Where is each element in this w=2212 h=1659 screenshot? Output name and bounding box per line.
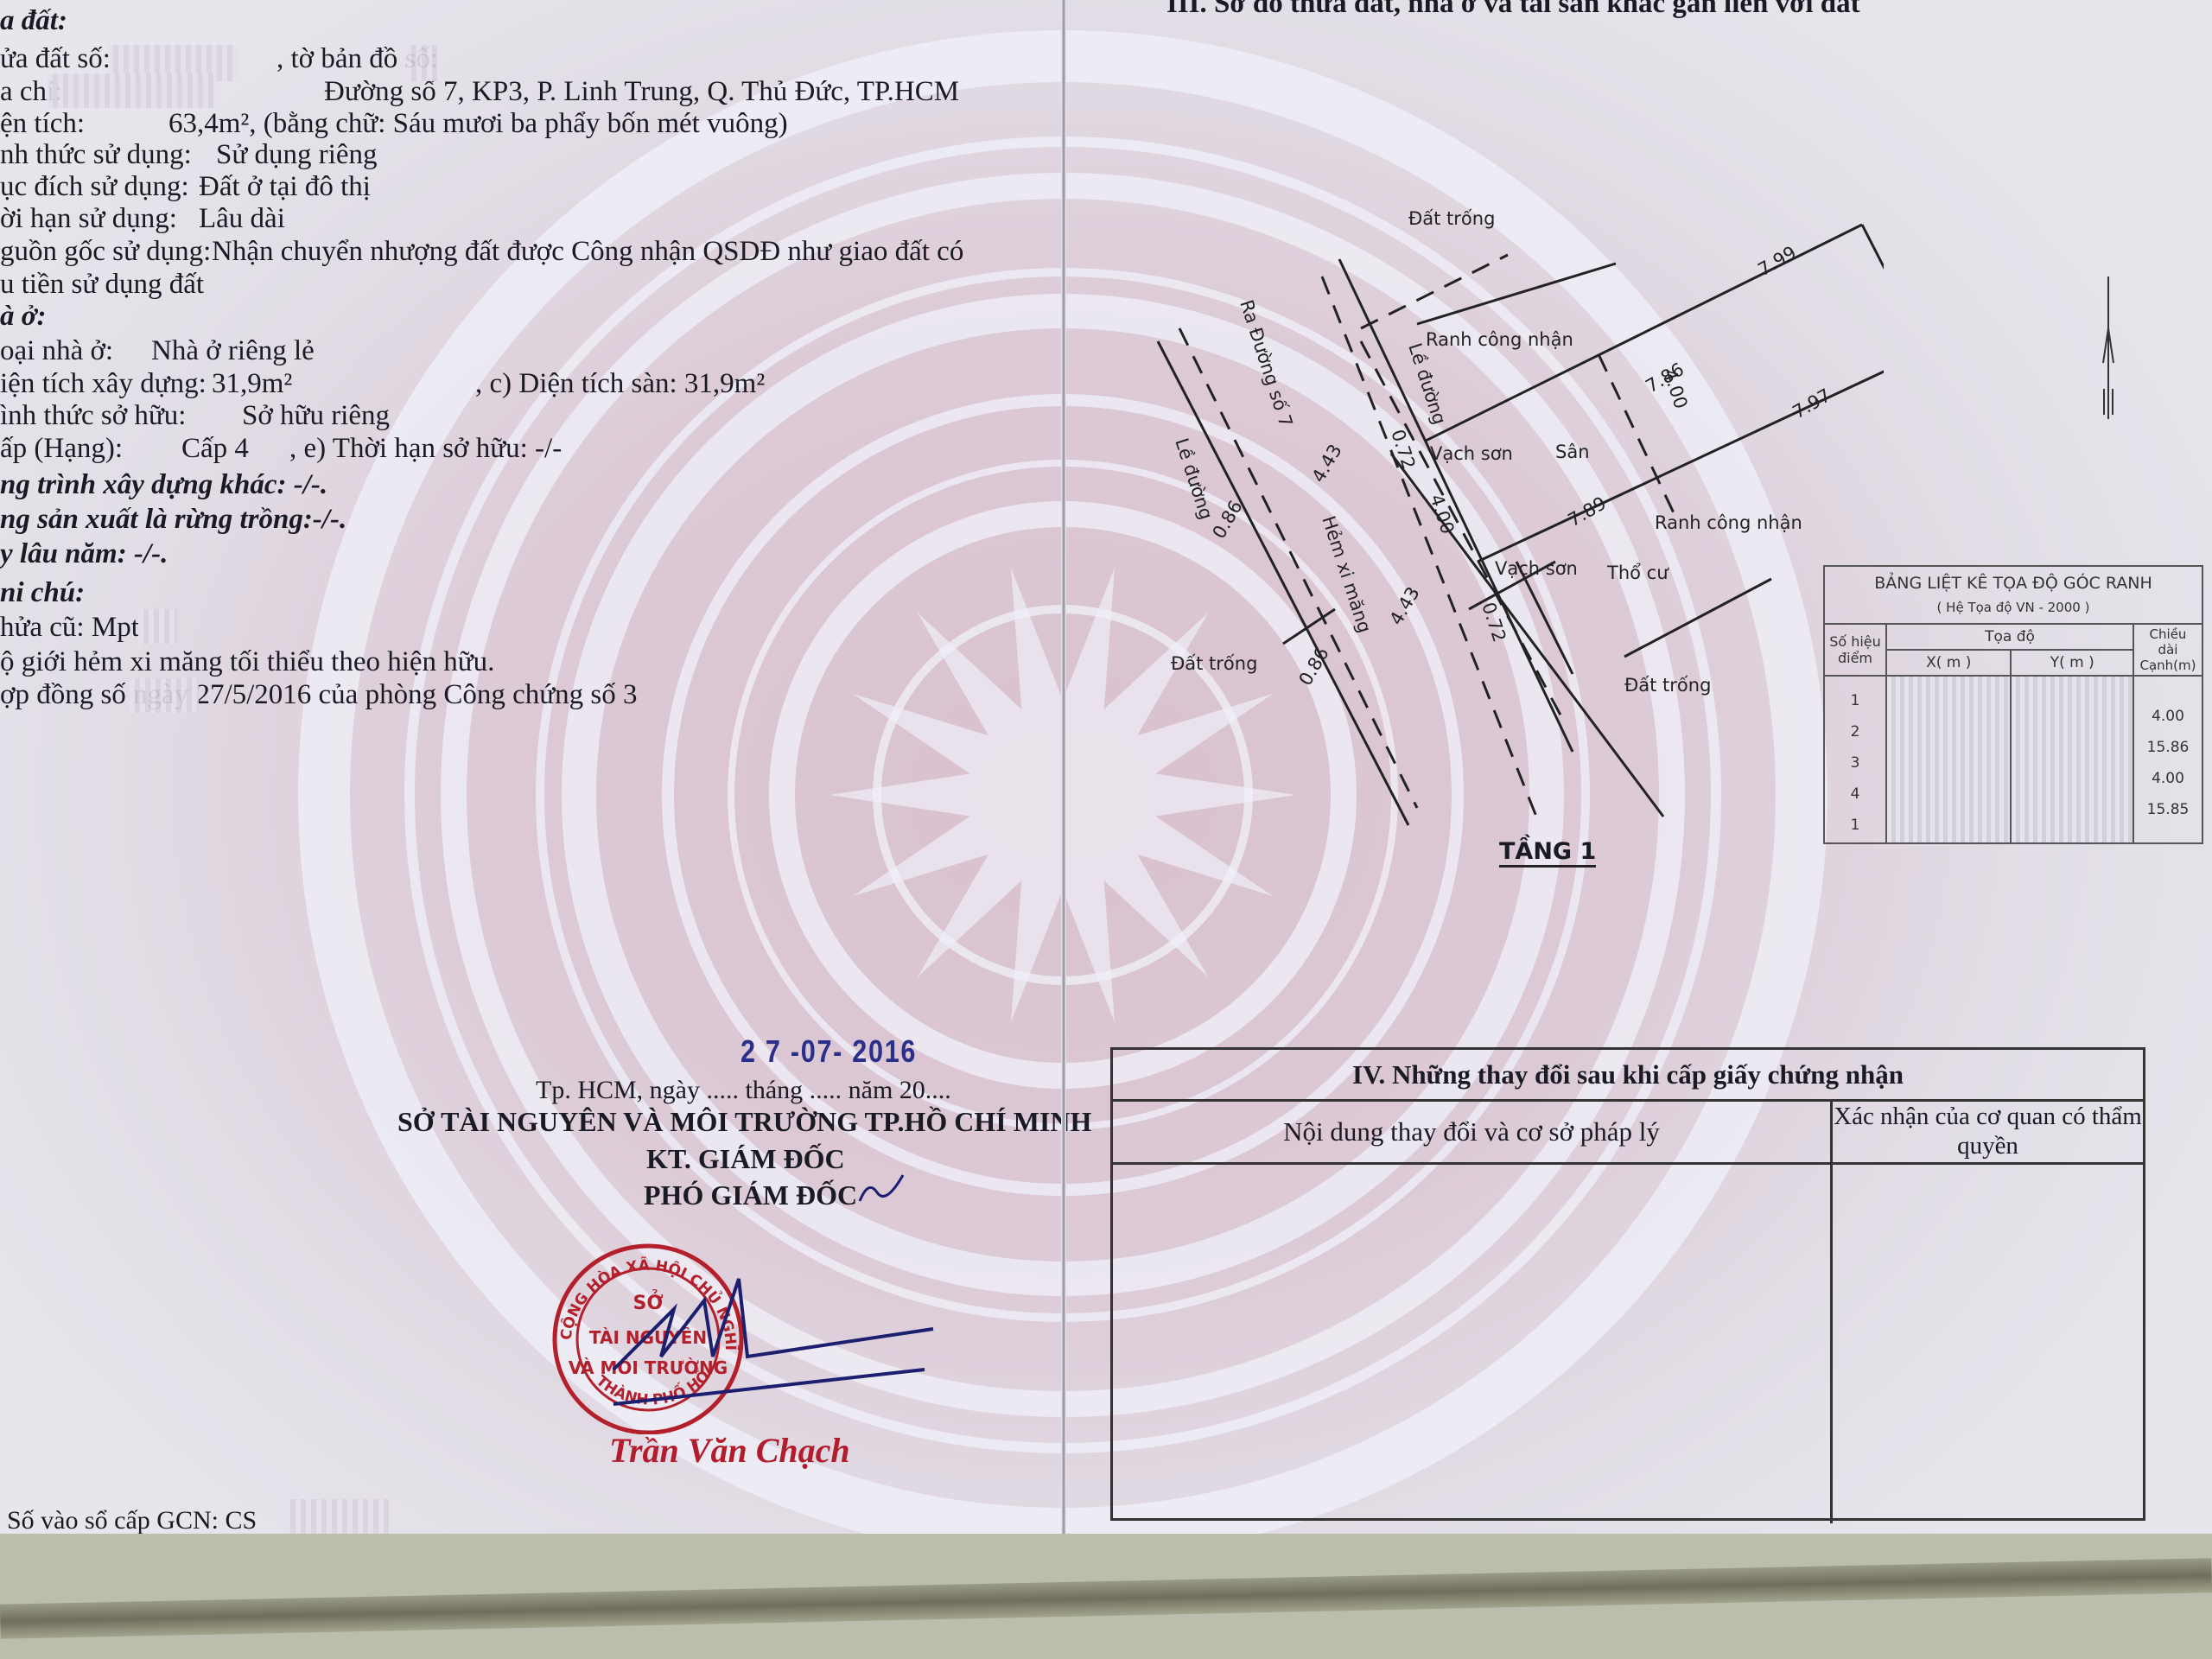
changes-col-confirm: Xác nhận của cơ quan có thẩm quyền bbox=[1833, 1102, 2143, 1165]
svg-text:Đất trống: Đất trống bbox=[1624, 675, 1711, 696]
text-line: ình thức sở hữu: bbox=[0, 402, 186, 430]
text-line: ng sản xuất là rừng trồng:-/-. bbox=[0, 505, 346, 534]
text-line: nh thức sử dụng: bbox=[0, 141, 192, 169]
col-coords-header: Tọa độ bbox=[1886, 624, 2133, 650]
initial-mark bbox=[855, 1171, 907, 1214]
text-line: ni chú: bbox=[0, 579, 85, 607]
text-line: Sở hữu riêng bbox=[242, 402, 390, 430]
svg-text:7.97: 7.97 bbox=[1789, 385, 1835, 423]
col-point-header: Số hiệu điểm bbox=[1824, 624, 1886, 676]
text-line: ện tích: bbox=[0, 110, 85, 138]
text-line: iện tích xây dựng: bbox=[0, 370, 207, 398]
text-line: à ở: bbox=[0, 302, 46, 331]
text-line: Đất ở tại đô thị bbox=[199, 173, 371, 201]
redacted-x-coords bbox=[1886, 676, 2011, 843]
svg-text:Sân: Sân bbox=[1555, 442, 1590, 462]
svg-text:Ranh công nhận: Ranh công nhận bbox=[1655, 512, 1802, 533]
svg-text:4.43: 4.43 bbox=[1386, 583, 1424, 629]
text-line: ời hạn sử dụng: bbox=[0, 205, 177, 233]
redacted-registry-number bbox=[285, 1499, 389, 1534]
land-plot-diagram: Đất trốngThổ cưRanh công nhận7.994.007.8… bbox=[1123, 156, 1884, 890]
redacted-old-parcel bbox=[138, 609, 177, 644]
coord-table-title: BẢNG LIỆT KÊ TỌA ĐỘ GÓC RANH bbox=[1874, 574, 2152, 593]
svg-text:TÀI NGUYÊN: TÀI NGUYÊN bbox=[589, 1327, 707, 1348]
text-line: oại nhà ở: bbox=[0, 337, 113, 365]
floor-background bbox=[0, 1558, 2212, 1639]
svg-text:Đất trống: Đất trống bbox=[1171, 653, 1257, 674]
north-arrow-icon bbox=[2091, 276, 2126, 423]
svg-text:SỞ: SỞ bbox=[632, 1290, 663, 1314]
changes-title: IV. Những thay đổi sau khi cấp giấy chứn… bbox=[1113, 1050, 2143, 1102]
place-and-date: Tp. HCM, ngày ..... tháng ..... năm 20..… bbox=[536, 1077, 951, 1103]
svg-text:Hẻm xi măng: Hẻm xi măng bbox=[1318, 513, 1375, 635]
text-line: Nhận chuyển nhượng đất được Công nhận QS… bbox=[212, 238, 963, 266]
certificate-page: a đất: ửa đất số:, tờ bản đồ số:a chỉ:Đư… bbox=[0, 0, 2212, 1534]
svg-text:4.43: 4.43 bbox=[1308, 441, 1346, 486]
svg-text:7.89: 7.89 bbox=[1565, 493, 1611, 531]
floor-label: TẦNG 1 bbox=[1499, 838, 1596, 868]
signer-title-1: KT. GIÁM ĐỐC bbox=[646, 1145, 845, 1173]
signer-name: Trần Văn Chạch bbox=[609, 1430, 850, 1471]
signer-title-2: PHÓ GIÁM ĐỐC bbox=[644, 1181, 857, 1209]
land-section-heading: a đất: bbox=[0, 7, 67, 35]
coordinate-table: BẢNG LIỆT KÊ TỌA ĐỘ GÓC RANH( Hệ Tọa độ … bbox=[1823, 565, 2203, 844]
edge-lengths: 4.0015.864.0015.85 bbox=[2133, 676, 2202, 843]
text-line: hửa cũ: Mpt bbox=[0, 613, 139, 642]
text-line: ửa đất số: bbox=[0, 45, 111, 73]
svg-text:Đất trống: Đất trống bbox=[1408, 208, 1495, 229]
text-line: guồn gốc sử dụng: bbox=[0, 238, 211, 266]
redacted-map-number bbox=[406, 45, 441, 81]
text-line: , c) Diện tích sàn: 31,9m² bbox=[475, 370, 765, 398]
text-line: Cấp 4 bbox=[181, 435, 249, 463]
svg-text:VÀ MÔI TRƯỜNG: VÀ MÔI TRƯỜNG bbox=[569, 1357, 728, 1378]
redacted-address-number bbox=[48, 73, 216, 108]
changes-table: IV. Những thay đổi sau khi cấp giấy chứn… bbox=[1110, 1047, 2145, 1521]
text-line: ấp (Hạng): bbox=[0, 435, 123, 463]
coord-table-subtitle: ( Hệ Tọa độ VN - 2000 ) bbox=[1937, 600, 2090, 615]
col-x-header: X( m ) bbox=[1886, 650, 2011, 676]
text-line: Sử dụng riêng bbox=[216, 141, 378, 169]
stamped-issue-date: 2 7 -07- 2016 bbox=[741, 1033, 917, 1070]
text-line: Nhà ở riêng lẻ bbox=[151, 337, 315, 365]
svg-text:Thổ cư: Thổ cư bbox=[1606, 563, 1669, 583]
issuing-agency: SỞ TÀI NGUYÊN VÀ MÔI TRƯỜNG TP.HỒ CHÍ MI… bbox=[397, 1108, 1091, 1135]
svg-text:Lề đường: Lề đường bbox=[1404, 340, 1450, 427]
redacted-y-coords bbox=[2011, 676, 2133, 843]
registry-number: Số vào sổ cấp GCN: CS bbox=[7, 1508, 257, 1534]
changes-divider bbox=[1830, 1162, 1833, 1523]
section-iii-heading: III. Sơ đồ thửa đất, nhà ở và tài sản kh… bbox=[1166, 0, 1860, 20]
col-length-header: Chiều dài Cạnh(m) bbox=[2133, 624, 2202, 676]
text-line: Lâu dài bbox=[199, 205, 285, 233]
svg-text:7.99: 7.99 bbox=[1755, 242, 1801, 280]
text-line: y lâu năm: -/-. bbox=[0, 540, 168, 569]
changes-col-content: Nội dung thay đổi và cơ sở pháp lý bbox=[1113, 1102, 1833, 1165]
text-line: 63,4m², (bằng chữ: Sáu mươi ba phẩy bốn … bbox=[168, 110, 788, 138]
text-line: ợp đồng số ngày 27/5/2016 của phòng Công… bbox=[0, 681, 637, 709]
text-line: ng trình xây dựng khác: -/-. bbox=[0, 471, 327, 499]
text-line: u tiền sử dụng đất bbox=[0, 270, 204, 299]
svg-text:Ra Đường số 7: Ra Đường số 7 bbox=[1236, 297, 1296, 429]
svg-text:Ranh công nhận: Ranh công nhận bbox=[1426, 329, 1573, 350]
text-line: 31,9m² bbox=[212, 370, 292, 398]
point-ids: 12341 bbox=[1824, 676, 1886, 843]
text-line: Đường số 7, KP3, P. Linh Trung, Q. Thủ Đ… bbox=[324, 78, 959, 106]
svg-text:Lề đường: Lề đường bbox=[1171, 435, 1217, 522]
official-seal-and-signature: CỘNG HÒA XÃ HỘI CHỦ NGHĨA VIỆT NAM THÀNH… bbox=[518, 1227, 1002, 1434]
col-y-header: Y( m ) bbox=[2011, 650, 2133, 676]
svg-text:Vạch sơn: Vạch sơn bbox=[1430, 443, 1513, 464]
center-fold bbox=[1061, 0, 1066, 1534]
svg-text:Vạch sơn: Vạch sơn bbox=[1495, 558, 1578, 579]
svg-text:0.72: 0.72 bbox=[1387, 427, 1419, 472]
redacted-contract-number bbox=[130, 678, 199, 713]
text-line: ộ giới hẻm xi măng tối thiểu theo hiện h… bbox=[0, 648, 494, 677]
text-line: ục đích sử dụng: bbox=[0, 173, 189, 201]
text-line: , e) Thời hạn sở hữu: -/- bbox=[289, 435, 562, 463]
